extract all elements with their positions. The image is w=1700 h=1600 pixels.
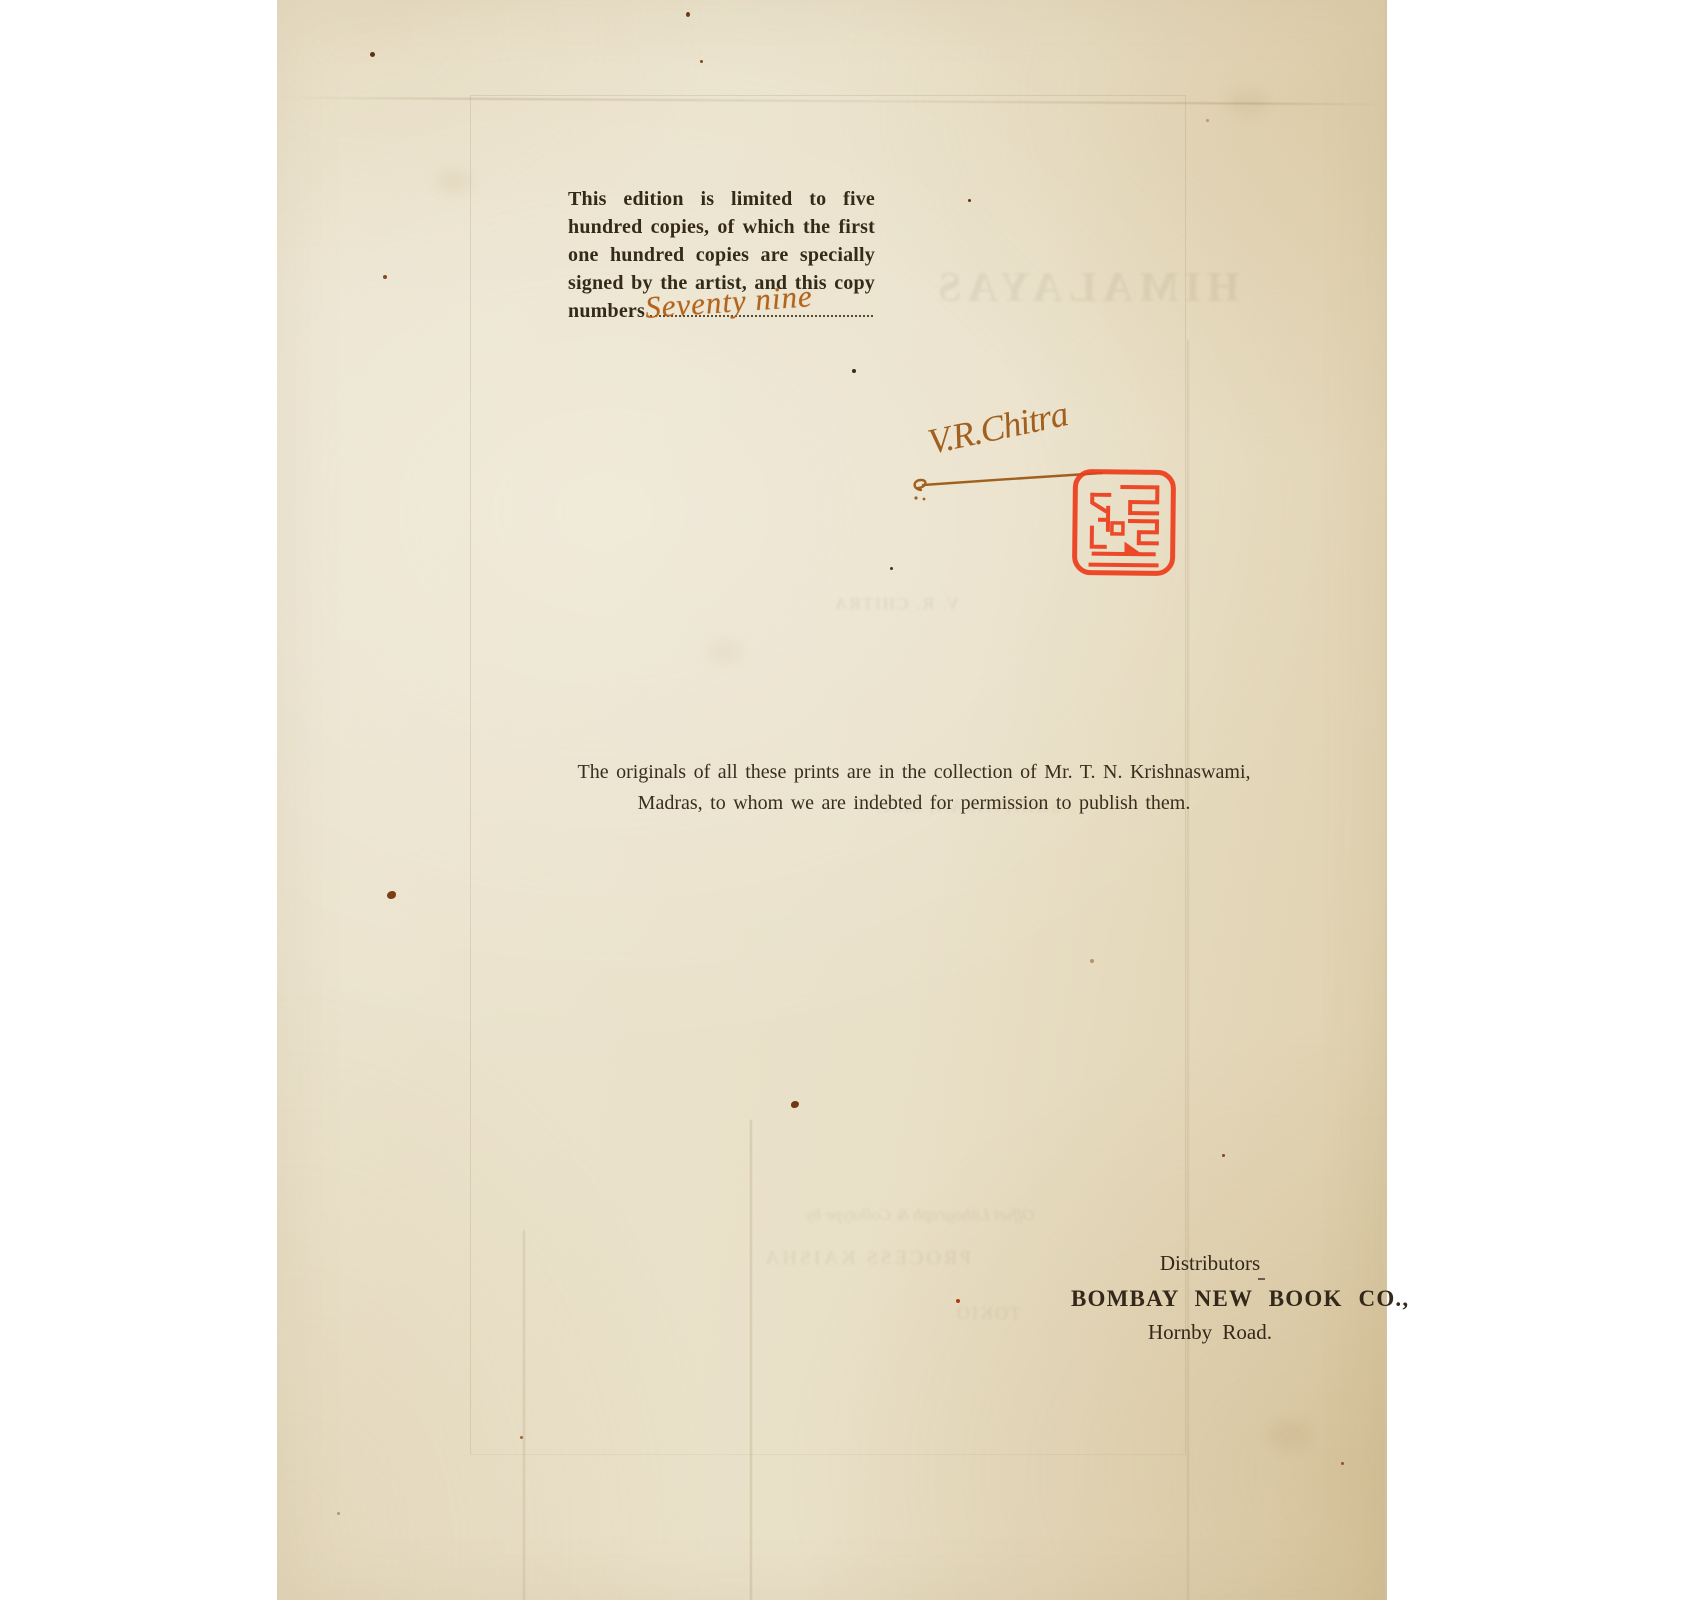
foxing-spot <box>520 1436 523 1439</box>
foxing-spot <box>1206 119 1209 122</box>
photo-background: HIMALAYAS V. R. CHITRA SRINIVASAN, M.A. … <box>0 0 1700 1600</box>
seal-glyph <box>1130 521 1157 543</box>
limitation-line: one hundred copies are specially <box>568 241 875 269</box>
paper-crease <box>523 1230 525 1600</box>
paper-stain <box>437 170 471 192</box>
foxing-spot <box>1341 1462 1344 1465</box>
foxing-spot <box>852 369 856 373</box>
show-through-title: HIMALAYAS <box>932 264 1240 312</box>
foxing-spot <box>686 12 690 17</box>
distributor-label: Distributors <box>1071 1251 1349 1276</box>
seal-glyph <box>1122 487 1157 513</box>
seal-glyph <box>1126 544 1139 553</box>
paper-stain <box>1267 1420 1313 1450</box>
numbers-label: numbers <box>568 297 645 325</box>
foxing-spot <box>370 52 375 57</box>
seal-glyph <box>1091 554 1157 566</box>
paper-crease <box>750 1120 752 1600</box>
show-through-artist: V. R. CHITRA <box>833 594 959 614</box>
collection-note-line1: The originals of all these prints are in… <box>563 757 1265 788</box>
paper-stain <box>1227 90 1267 116</box>
paper-crease <box>1187 340 1189 1600</box>
foxing-spot <box>337 1512 340 1515</box>
signature-text: V.R.Chitra <box>924 393 1071 462</box>
distributor-company: BOMBAY NEW BOOK CO., <box>1071 1286 1349 1312</box>
collection-note: The originals of all these prints are in… <box>563 757 1265 819</box>
limitation-line: This edition is limited to five <box>568 185 875 213</box>
seal-glyph <box>1092 528 1105 547</box>
paper-stain <box>707 640 743 664</box>
ink-dot <box>923 498 926 501</box>
foxing-spot <box>387 891 396 899</box>
foxing-spot <box>1090 959 1094 963</box>
ink-dot <box>914 496 917 499</box>
foxing-spot <box>383 275 387 279</box>
seal-glyph <box>1112 523 1123 534</box>
distributor-block: Distributors BOMBAY NEW BOOK CO., Hornby… <box>1071 1251 1349 1345</box>
distributor-address: Hornby Road. <box>1071 1320 1349 1345</box>
red-seal-stamp <box>1070 466 1178 578</box>
foxing-spot <box>1222 1154 1225 1157</box>
ink-mark <box>1258 1278 1265 1280</box>
show-through-city: TOKIO <box>955 1303 1021 1324</box>
foxing-spot <box>700 60 703 63</box>
foxing-spot <box>956 1299 960 1303</box>
show-through-printer-line: Offset Lithograph & Collotype by <box>805 1205 1035 1225</box>
collection-note-line2: Madras, to whom we are indebted for perm… <box>563 788 1265 819</box>
foxing-spot <box>968 199 971 202</box>
book-page: HIMALAYAS V. R. CHITRA SRINIVASAN, M.A. … <box>277 0 1387 1600</box>
limitation-line: hundred copies, of which the first <box>568 213 875 241</box>
show-through-process-line: PROCESS KAISHA <box>762 1247 971 1270</box>
foxing-spot <box>890 567 893 570</box>
